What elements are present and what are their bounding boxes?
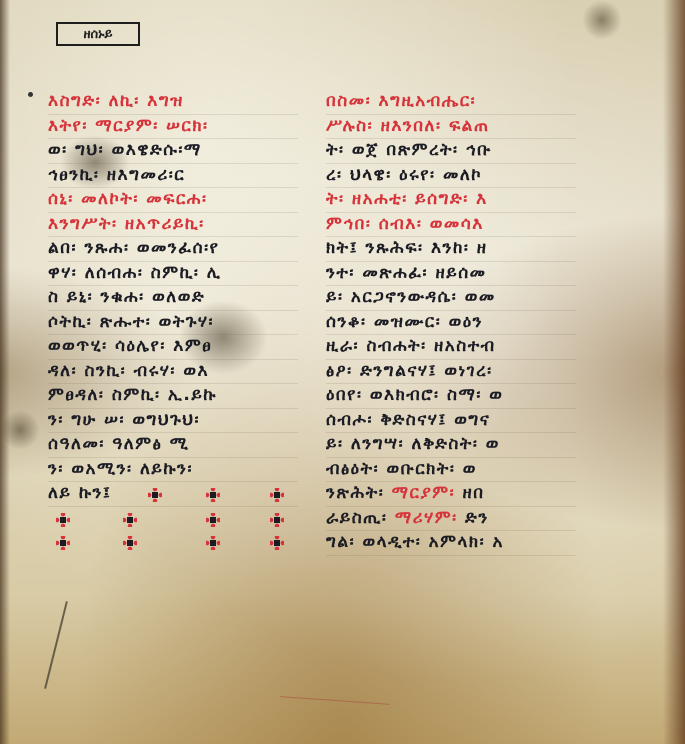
manuscript-line: እንግሥት፡ ዘአጥሪይኪ፡ [48,213,298,238]
line-text: ት፡ ወጀ በጽምረት፡ ኅቡ [326,140,492,160]
manuscript-line: እስግድ፡ ለኪ፡ እግዝ [48,90,298,115]
manuscript-line: እትየ፡ ማርያም፡ ሠርክ፡ [48,115,298,140]
manuscript-line: ራይስጢ፡ ማሪሃም፡ ድን [326,507,576,532]
cross-ornament-icon [270,488,284,502]
line-text: ኅፀንኪ፡ ዘእግመሪ፡ር [48,165,185,185]
line-text-end: ዘበ [455,483,484,503]
manuscript-line: ን፡ ወአሚን፡ ለይኩን፡ [48,458,298,483]
ink-stain [0,410,40,450]
manuscript-line: ሥሉስ፡ ዘእንበለ፡ ፍልጠ [326,115,576,140]
manuscript-line: ንተ፡ መጽሐፈ፡ ዘይሰመ [326,262,576,287]
line-text: ይ፡ ለንግሣ፡ ለቅድስት፡ ወ [326,434,500,454]
line-text: ራይስጢ፡ [326,508,395,528]
line-text: ይ፡ አርጋኖንውዳሴ፡ ወመ [326,287,496,307]
faint-red-mark [280,696,390,705]
manuscript-line: ስ ይኒ፡ ንቁሐ፡ ወለወድ [48,286,298,311]
pen-stroke [44,601,68,689]
line-text: ምኅበ፡ ሰብእ፡ ወመሳእ [326,214,484,234]
right-text-column: በስመ፡ እግዚአብሔር፡ሥሉስ፡ ዘእንበለ፡ ፍልጠት፡ ወጀ በጽምረት፡… [326,90,576,556]
line-text: ሰዓለመ፡ ዓለምፅ ሚ [48,434,189,454]
manuscript-line: ብፅዕት፡ ወቡርክት፡ ወ [326,458,576,483]
manuscript-line: ዚራ፡ ስብሐት፡ ዘአስተብ [326,335,576,360]
line-text: ልበ፡ ንጹሐ፡ ወመንፈሰ፡የ [48,238,219,258]
manuscript-line: ት፡ ወጀ በጽምረት፡ ኅቡ [326,139,576,164]
page-edge-left [0,0,10,744]
manuscript-line: ሰዓለመ፡ ዓለምፅ ሚ [48,433,298,458]
manuscript-line: ኅፀንኪ፡ ዘእግመሪ፡ር [48,164,298,189]
cross-ornament-icon [270,536,284,550]
manuscript-line: ግል፡ ወላዲተ፡ አምላክ፡ አ [326,531,576,556]
line-text: ንጽሕት፡ [326,483,392,503]
manuscript-line: ዕበየ፡ ወእክብሮ፡ ስማ፡ ወ [326,384,576,409]
manuscript-line: ለይ ኩን፤ [48,482,298,507]
manuscript-line: በስመ፡ እግዚአብሔር፡ [326,90,576,115]
line-text: ወ፡ ግህ፡ ወእዌድሱ፡ማ [48,140,202,160]
line-text: ምፀዳለ፡ ስምኪ፡ ኢ.ይኩ [48,385,217,405]
line-text: ዕበየ፡ ወእክብሮ፡ ስማ፡ ወ [326,385,503,405]
line-text: ሰንቆ፡ መዝሙር፡ ወዕን [326,312,483,332]
manuscript-line: ሰንቆ፡ መዝሙር፡ ወዕን [326,311,576,336]
cross-ornament-icon [56,536,70,550]
cross-ornament-icon [206,488,220,502]
manuscript-line: ት፡ ዘአሐቲ፡ ይሰግድ፡ እ [326,188,576,213]
manuscript-line: ፅዖ፡ ድንግልናሃ፤ ወነገረ፡ [326,360,576,385]
line-text: ዚራ፡ ስብሐት፡ ዘአስተብ [326,336,496,356]
manuscript-line: ዋሃ፡ ለሰብሐ፡ ስምኪ፡ ሊ [48,262,298,287]
line-text: ለይ ኩን፤ [48,483,111,503]
ornament-row [48,530,298,554]
manuscript-line: ምፀዳለ፡ ስምኪ፡ ኢ.ይኩ [48,384,298,409]
left-text-column: እስግድ፡ ለኪ፡ እግዝእትየ፡ ማርያም፡ ሠርክ፡ወ፡ ግህ፡ ወእዌድሱ… [48,90,298,554]
manuscript-line: ን፡ ግሁ ሠ፡ ወግህጉህ፡ [48,409,298,434]
manuscript-line: ወ፡ ግህ፡ ወእዌድሱ፡ማ [48,139,298,164]
manuscript-line: ዳለ፡ ስንኪ፡ ብሩሃ፡ ወእ [48,360,298,385]
cross-ornament-icon [270,513,284,527]
line-text: ን፡ ወአሚን፡ ለይኩን፡ [48,459,193,479]
section-header-box: ዘሰኑይ [56,22,140,46]
manuscript-line: ልበ፡ ንጹሐ፡ ወመንፈሰ፡የ [48,237,298,262]
line-text: ግል፡ ወላዲተ፡ አምላክ፡ አ [326,532,504,552]
rubric-name: ማርያም፡ [392,483,455,503]
line-text-end: ድን [458,508,489,528]
cross-ornament-icon [123,536,137,550]
line-text: ሶትኪ፡ ጽሑተ፡ ወትጉሃ፡ [48,312,214,332]
line-text: ወወጥሂ፡ ሳዕሌየ፡ እምፀ [48,336,212,356]
line-text: ረ፡ ህላዌ፡ ዕሩየ፡ መለኮ [326,165,482,185]
line-text: ት፡ ዘአሐቲ፡ ይሰግድ፡ እ [326,189,488,209]
line-text: ክት፤ ንጹሕፍ፡ እንከ፡ ዘ [326,238,488,258]
cross-ornament-icon [206,536,220,550]
line-text: እንግሥት፡ ዘአጥሪይኪ፡ [48,214,205,234]
manuscript-line: ረ፡ ህላዌ፡ ዕሩየ፡ መለኮ [326,164,576,189]
cross-ornament-icon [123,513,137,527]
cross-ornament-icon [148,488,162,502]
line-text: ንተ፡ መጽሐፈ፡ ዘይሰመ [326,263,487,283]
line-text: ሰብሖ፡ ቅድስናሃ፤ ወግና [326,410,490,430]
manuscript-line: ሰኒ፡ መለኮት፡ መፍርሐ፡ [48,188,298,213]
manuscript-page: ዘሰኑይ እስግድ፡ ለኪ፡ እግዝእትየ፡ ማርያም፡ ሠርክ፡ወ፡ ግህ፡ … [0,0,685,744]
manuscript-line: ምኅበ፡ ሰብእ፡ ወመሳእ [326,213,576,238]
line-text: በስመ፡ እግዚአብሔር፡ [326,91,476,111]
line-text: ን፡ ግሁ ሠ፡ ወግህጉህ፡ [48,410,200,430]
cross-ornament-icon [56,513,70,527]
manuscript-line: ይ፡ ለንግሣ፡ ለቅድስት፡ ወ [326,433,576,458]
rubric-name: ማሪሃም፡ [395,508,458,528]
ornament-row [48,507,298,531]
manuscript-line: ንጽሕት፡ ማርያም፡ ዘበ [326,482,576,507]
line-text: ዋሃ፡ ለሰብሐ፡ ስምኪ፡ ሊ [48,263,221,283]
manuscript-line: ይ፡ አርጋኖንውዳሴ፡ ወመ [326,286,576,311]
line-text: ሥሉስ፡ ዘእንበለ፡ ፍልጠ [326,116,490,136]
line-text: ዳለ፡ ስንኪ፡ ብሩሃ፡ ወእ [48,361,209,381]
line-text: ፅዖ፡ ድንግልናሃ፤ ወነገረ፡ [326,361,493,381]
margin-dot [28,92,33,97]
line-text: ብፅዕት፡ ወቡርክት፡ ወ [326,459,477,479]
manuscript-line: ክት፤ ንጹሕፍ፡ እንከ፡ ዘ [326,237,576,262]
manuscript-line: ሰብሖ፡ ቅድስናሃ፤ ወግና [326,409,576,434]
manuscript-line: ወወጥሂ፡ ሳዕሌየ፡ እምፀ [48,335,298,360]
line-text: እትየ፡ ማርያም፡ ሠርክ፡ [48,116,209,136]
line-text: ስ ይኒ፡ ንቁሐ፡ ወለወድ [48,287,205,307]
cross-ornament-icon [206,513,220,527]
page-edge-right [663,0,685,744]
line-text: እስግድ፡ ለኪ፡ እግዝ [48,91,184,111]
line-text: ሰኒ፡ መለኮት፡ መፍርሐ፡ [48,189,207,209]
ink-stain [582,0,622,40]
section-header-label: ዘሰኑይ [83,27,112,42]
manuscript-line: ሶትኪ፡ ጽሑተ፡ ወትጉሃ፡ [48,311,298,336]
